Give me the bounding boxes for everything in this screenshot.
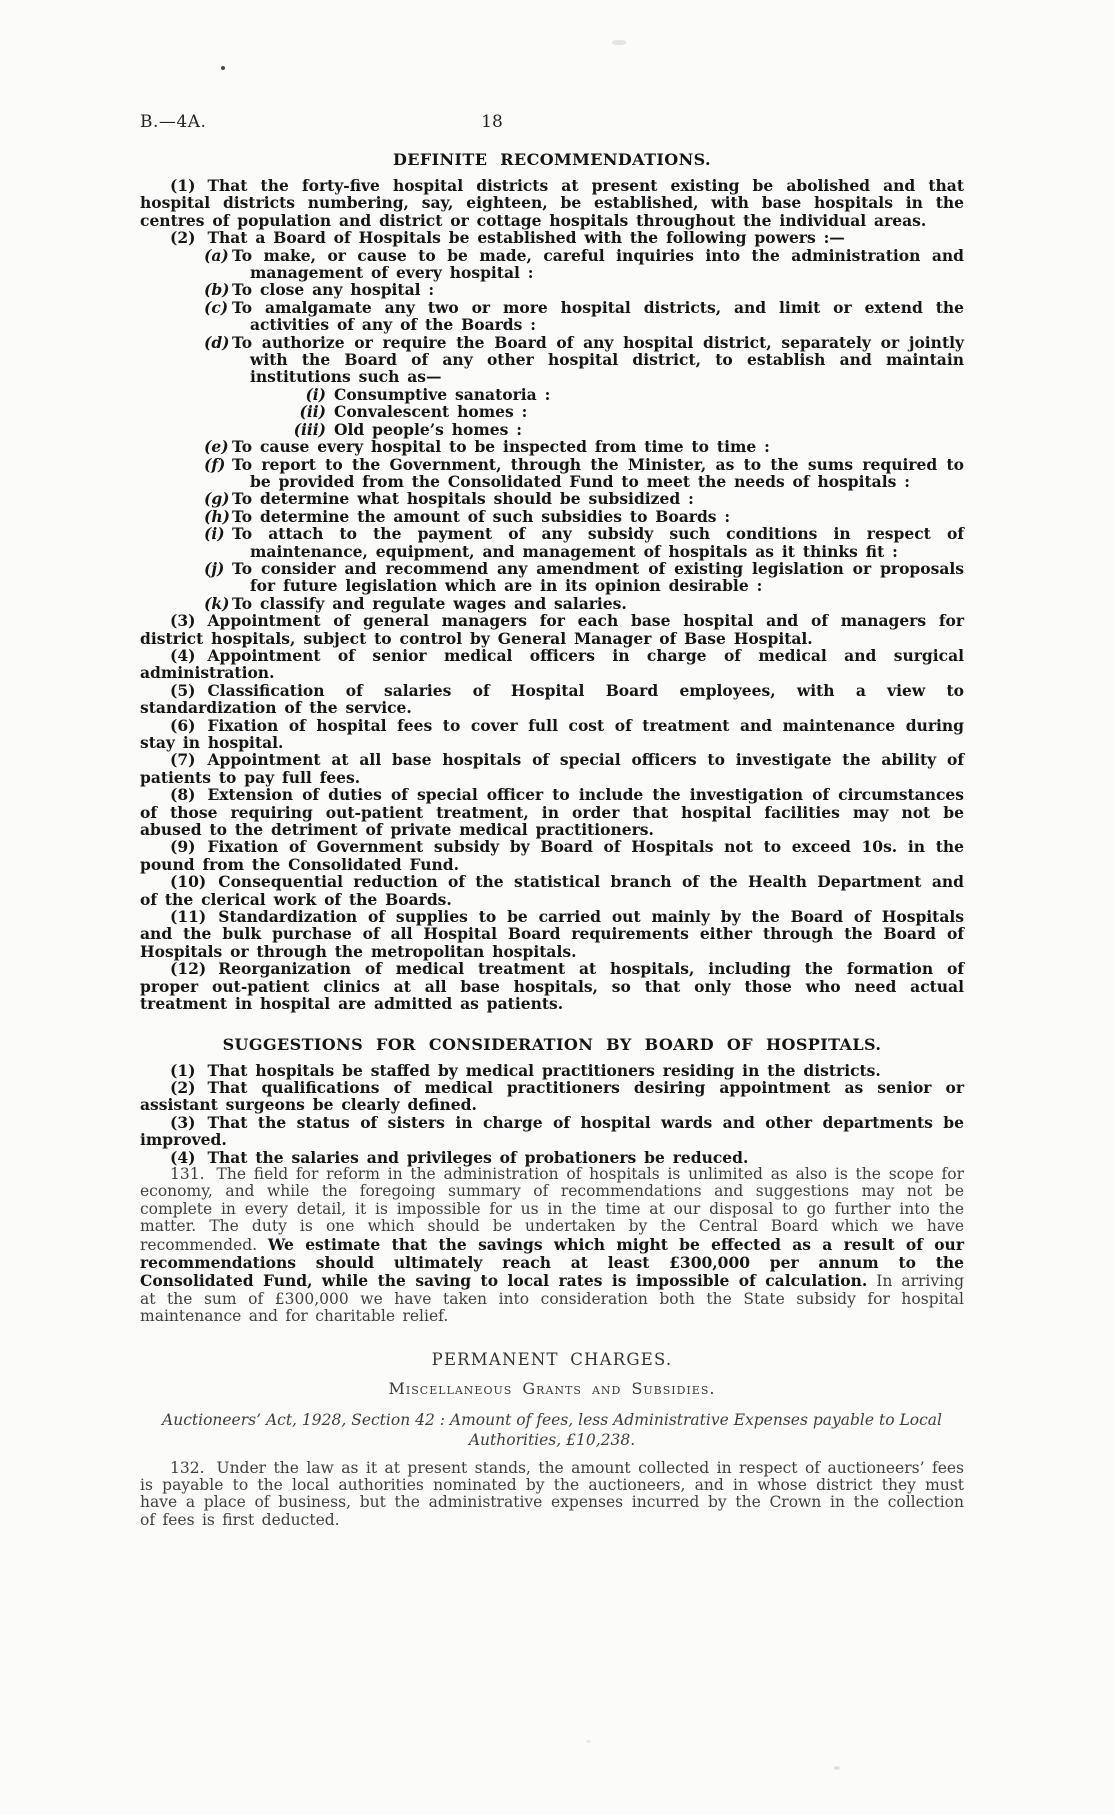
item-text: Standardization of supplies to be carrie… — [140, 907, 964, 961]
item-label: (f) — [204, 456, 230, 491]
institution-item-iii: (iii)Old people’s homes : — [292, 421, 964, 438]
item-text: Appointment at all base hospitals of spe… — [140, 750, 964, 786]
item-text: Fixation of hospital fees to cover full … — [140, 716, 964, 752]
item-text: To determine the amount of such subsidie… — [230, 508, 964, 525]
item-number: (6) — [170, 716, 195, 735]
power-item-k: (k)To classify and regulate wages and sa… — [204, 595, 964, 612]
recommendation-item-10: (10)Consequential reduction of the stati… — [140, 873, 964, 908]
item-text: To consider and recommend any amendment … — [230, 560, 964, 595]
recommendation-item-8: (8)Extension of duties of special office… — [140, 786, 964, 838]
section-heading-permanent-charges: PERMANENT CHARGES. — [140, 1350, 964, 1369]
act-heading-line-2: Authorities, £10,238. — [140, 1430, 964, 1450]
power-item-a: (a)To make, or cause to be made, careful… — [204, 247, 964, 282]
item-text: To authorize or require the Board of any… — [230, 334, 964, 386]
item-label: (c) — [204, 299, 230, 334]
scan-artifact — [586, 1740, 591, 1743]
power-item-h: (h)To determine the amount of such subsi… — [204, 508, 964, 525]
item-number: (8) — [170, 785, 195, 804]
power-item-g: (g)To determine what hospitals should be… — [204, 490, 964, 507]
item-label: (d) — [204, 334, 230, 386]
item-text: Extension of duties of special officer t… — [140, 785, 964, 839]
item-text: To close any hospital : — [230, 281, 964, 298]
suggestion-item-1: (1)That hospitals be staffed by medical … — [140, 1062, 964, 1079]
item-number: (1) — [170, 1061, 195, 1080]
item-text: Consumptive sanatoria : — [326, 386, 964, 403]
recommendation-item-4: (4)Appointment of senior medical officer… — [140, 647, 964, 682]
item-number: (4) — [170, 1148, 195, 1167]
paragraph-number: 131. — [170, 1165, 205, 1183]
act-heading-line-1: Auctioneers’ Act, 1928, Section 42 : Amo… — [140, 1410, 964, 1430]
item-label: (j) — [204, 560, 230, 595]
item-label: (iii) — [292, 421, 326, 438]
item-text: To cause every hospital to be inspected … — [230, 438, 964, 455]
suggestion-item-2: (2)That qualifications of medical practi… — [140, 1079, 964, 1114]
scanned-document-page: { "header": { "code": "B.—4A.", "page_nu… — [0, 0, 1114, 1815]
item-text: That qualifications of medical practitio… — [140, 1078, 964, 1114]
item-number: (4) — [170, 646, 195, 665]
item-number: (1) — [170, 176, 195, 195]
item-label: (i) — [204, 525, 230, 560]
item-label: (i) — [292, 386, 326, 403]
item-text: To report to the Government, through the… — [230, 456, 964, 491]
item-text: That a Board of Hospitals be established… — [207, 228, 844, 247]
item-number: (3) — [170, 1113, 195, 1132]
item-text: Reorganization of medical treatment at h… — [140, 959, 964, 1013]
item-text: To classify and regulate wages and salar… — [230, 595, 964, 612]
section-heading-definite-recommendations: DEFINITE RECOMMENDATIONS. — [140, 150, 964, 169]
item-text: To attach to the payment of any subsidy … — [230, 525, 964, 560]
paragraph-text: Under the law as it at present stands, t… — [140, 1459, 964, 1529]
item-number: (3) — [170, 611, 195, 630]
scan-artifact — [221, 66, 225, 70]
item-text: Consequential reduction of the statistic… — [140, 872, 964, 908]
recommendation-item-5: (5)Classification of salaries of Hospita… — [140, 682, 964, 717]
item-text: Fixation of Government subsidy by Board … — [140, 837, 964, 873]
suggestion-item-3: (3)That the status of sisters in charge … — [140, 1114, 964, 1149]
item-label: (g) — [204, 490, 230, 507]
act-heading: Auctioneers’ Act, 1928, Section 42 : Amo… — [140, 1410, 964, 1450]
item-number: (2) — [170, 228, 195, 247]
item-text: To determine what hospitals should be su… — [230, 490, 964, 507]
scan-artifact — [834, 1766, 840, 1770]
item-number: (12) — [170, 959, 206, 978]
item-number: (11) — [170, 907, 206, 926]
recommendation-item-2: (2)That a Board of Hospitals be establis… — [140, 229, 964, 246]
power-item-j: (j)To consider and recommend any amendme… — [204, 560, 964, 595]
item-text: That the salaries and privileges of prob… — [207, 1148, 748, 1167]
institution-item-ii: (ii)Convalescent homes : — [292, 403, 964, 420]
item-number: (9) — [170, 837, 195, 856]
item-text: That the forty-five hospital districts a… — [140, 176, 964, 230]
institution-item-i: (i)Consumptive sanatoria : — [292, 386, 964, 403]
item-text: That the status of sisters in charge of … — [140, 1113, 964, 1149]
item-label: (a) — [204, 247, 230, 282]
item-number: (7) — [170, 750, 195, 769]
recommendation-item-3: (3)Appointment of general managers for e… — [140, 612, 964, 647]
recommendation-item-11: (11)Standardization of supplies to be ca… — [140, 908, 964, 960]
subheading-miscellaneous-grants: Miscellaneous Grants and Subsidies. — [140, 1379, 964, 1398]
item-number: (2) — [170, 1078, 195, 1097]
power-item-f: (f)To report to the Government, through … — [204, 456, 964, 491]
item-label: (h) — [204, 508, 230, 525]
item-text: Convalescent homes : — [326, 403, 964, 420]
power-item-c: (c)To amalgamate any two or more hospita… — [204, 299, 964, 334]
item-text: Appointment of senior medical officers i… — [140, 646, 964, 682]
item-text: That hospitals be staffed by medical pra… — [207, 1061, 880, 1080]
recommendation-item-7: (7)Appointment at all base hospitals of … — [140, 751, 964, 786]
recommendation-item-1: (1)That the forty-five hospital district… — [140, 177, 964, 229]
item-text: Appointment of general managers for each… — [140, 611, 964, 647]
power-item-b: (b)To close any hospital : — [204, 281, 964, 298]
recommendation-item-12: (12)Reorganization of medical treatment … — [140, 960, 964, 1012]
page-number: 18 — [140, 112, 844, 132]
paragraph-132: 132.Under the law as it at present stand… — [140, 1460, 964, 1530]
paragraph-number: 132. — [170, 1459, 205, 1477]
section-heading-suggestions: SUGGESTIONS FOR CONSIDERATION BY BOARD O… — [140, 1035, 964, 1054]
recommendation-item-9: (9)Fixation of Government subsidy by Boa… — [140, 838, 964, 873]
item-label: (e) — [204, 438, 230, 455]
item-label: (k) — [204, 595, 230, 612]
item-text: Classification of salaries of Hospital B… — [140, 681, 964, 717]
scan-artifact — [612, 40, 626, 45]
recommendation-item-6: (6)Fixation of hospital fees to cover fu… — [140, 717, 964, 752]
power-item-d: (d)To authorize or require the Board of … — [204, 334, 964, 386]
item-text: Old people’s homes : — [326, 421, 964, 438]
item-label: (b) — [204, 281, 230, 298]
page-content: B.—4A. 18 DEFINITE RECOMMENDATIONS. (1)T… — [140, 112, 964, 1529]
item-label: (ii) — [292, 403, 326, 420]
suggestion-item-4: (4)That the salaries and privileges of p… — [140, 1149, 964, 1166]
page-header: B.—4A. 18 — [140, 112, 964, 136]
power-item-e: (e)To cause every hospital to be inspect… — [204, 438, 964, 455]
power-item-i: (i)To attach to the payment of any subsi… — [204, 525, 964, 560]
item-number: (5) — [170, 681, 195, 700]
page: B.—4A. 18 DEFINITE RECOMMENDATIONS. (1)T… — [0, 0, 1114, 1815]
item-number: (10) — [170, 872, 206, 891]
paragraph-131: 131.The field for reform in the administ… — [140, 1166, 964, 1326]
item-text: To make, or cause to be made, careful in… — [230, 247, 964, 282]
item-text: To amalgamate any two or more hospital d… — [230, 299, 964, 334]
